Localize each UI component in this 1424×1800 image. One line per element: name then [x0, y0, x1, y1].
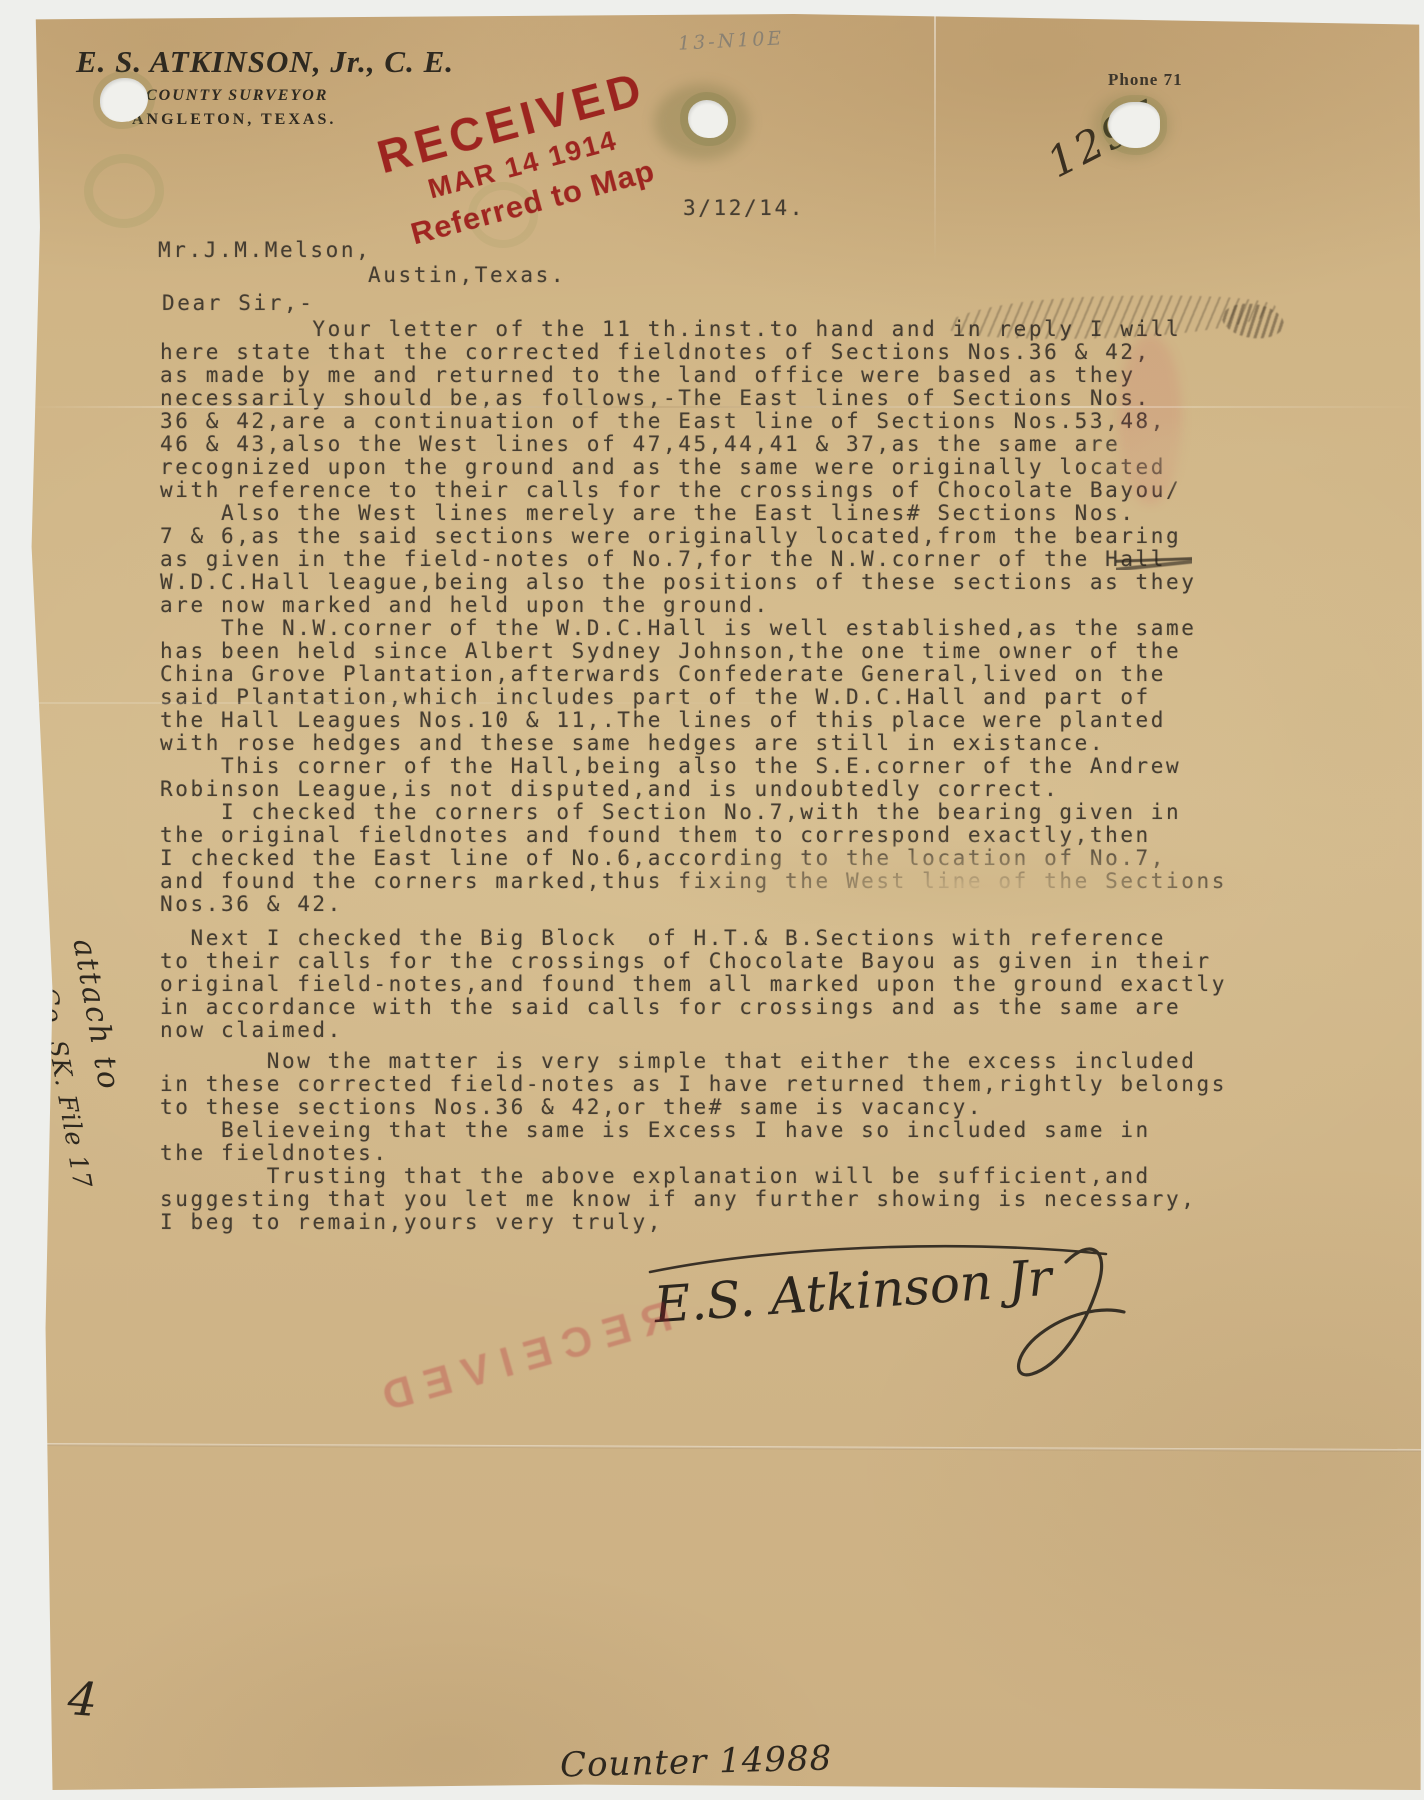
- body-line: original field-notes,and found them all …: [160, 973, 1227, 996]
- stain-ring: [84, 154, 164, 228]
- body-line: recognized upon the ground and as the sa…: [160, 456, 1227, 479]
- page-number: 4: [66, 1671, 99, 1727]
- paragraph-4: This corner of the Hall,being also the S…: [160, 755, 1227, 801]
- body-line: China Grove Plantation,afterwards Confed…: [160, 663, 1227, 686]
- body-line: and found the corners marked,thus fixing…: [160, 870, 1227, 893]
- body-line: Nos.36 & 42.: [160, 893, 1227, 916]
- punch-hole: [688, 100, 728, 138]
- body-line: with rose hedges and these same hedges a…: [160, 732, 1227, 755]
- pencil-annotation: 13-N10E: [677, 27, 784, 55]
- paragraph-1: Your letter of the 11 th.inst.to hand an…: [160, 318, 1227, 502]
- letter-date: 3/12/14.: [683, 196, 805, 220]
- paper-sheet: E. S. ATKINSON, Jr., C. E. COUNTY SURVEY…: [26, 14, 1422, 1790]
- letterhead-name: E. S. ATKINSON, Jr., C. E.: [76, 44, 454, 80]
- recipient-name: Mr.J.M.Melson,: [158, 238, 371, 262]
- fold-crease: [934, 14, 936, 264]
- counter-annotation: Counter 14988: [560, 1738, 833, 1785]
- body-line: Next I checked the Big Block of H.T.& B.…: [160, 927, 1227, 950]
- typed-strikethrough: [1116, 554, 1192, 570]
- body-line: I checked the East line of No.6,accordin…: [160, 847, 1227, 870]
- body-line: in these corrected field-notes as I have…: [160, 1073, 1227, 1096]
- body-line: are now marked and held upon the ground.: [160, 594, 1227, 617]
- salutation: Dear Sir,-: [162, 291, 314, 315]
- recipient-city: Austin,Texas.: [368, 263, 566, 287]
- body-line: 7 & 6,as the said sections were original…: [160, 525, 1227, 548]
- body-line: the Hall Leagues Nos.10 & 11,.The lines …: [160, 709, 1227, 732]
- body-line: now claimed.: [160, 1019, 1227, 1042]
- body-line: Robinson League,is not disputed,and is u…: [160, 778, 1227, 801]
- body-line: in accordance with the said calls for cr…: [160, 996, 1227, 1019]
- body-line: Believeing that the same is Excess I hav…: [160, 1119, 1227, 1142]
- letterhead-phone: Phone 71: [1108, 70, 1183, 90]
- body-line: I checked the corners of Section No.7,wi…: [160, 801, 1227, 824]
- body-line: Now the matter is very simple that eithe…: [160, 1050, 1227, 1073]
- body-line: as made by me and returned to the land o…: [160, 364, 1227, 387]
- paragraph-2: Also the West lines merely are the East …: [160, 502, 1227, 617]
- body-line: Trusting that the above explanation will…: [160, 1165, 1227, 1188]
- body-line: here state that the corrected fieldnotes…: [160, 341, 1227, 364]
- body-line: the original fieldnotes and found them t…: [160, 824, 1227, 847]
- body-line: as given in the field-notes of No.7,for …: [160, 548, 1227, 571]
- body-line: 46 & 43,also the West lines of 47,45,44,…: [160, 433, 1227, 456]
- paragraph-7: Now the matter is very simple that eithe…: [160, 1050, 1227, 1119]
- paragraph-8: Believeing that the same is Excess I hav…: [160, 1119, 1227, 1165]
- body-line: The N.W.corner of the W.D.C.Hall is well…: [160, 617, 1227, 640]
- letter-body: Your letter of the 11 th.inst.to hand an…: [160, 318, 1227, 1234]
- faded-stamp: RECEIVED: [365, 1292, 677, 1424]
- body-line: said Plantation,which includes part of t…: [160, 686, 1227, 709]
- paragraph-5: I checked the corners of Section No.7,wi…: [160, 801, 1227, 916]
- fold-crease: [26, 1443, 1422, 1452]
- paragraph-6: Next I checked the Big Block of H.T.& B.…: [160, 927, 1227, 1042]
- body-line: suggesting that you let me know if any f…: [160, 1188, 1227, 1211]
- body-line: W.D.C.Hall league,being also the positio…: [160, 571, 1227, 594]
- punch-hole: [1108, 102, 1160, 148]
- typed-over-smudge: [1220, 300, 1286, 342]
- body-line: the fieldnotes.: [160, 1142, 1227, 1165]
- body-line: 36 & 42,are a continuation of the East l…: [160, 410, 1227, 433]
- body-line: with reference to their calls for the cr…: [160, 479, 1227, 502]
- signature: E.S. Atkinson Jr: [638, 1214, 1138, 1399]
- body-line: to these sections Nos.36 & 42,or the# sa…: [160, 1096, 1227, 1119]
- faded-text-region: [1226, 554, 1424, 874]
- body-line: Also the West lines merely are the East …: [160, 502, 1227, 525]
- letterhead-title: COUNTY SURVEYOR: [146, 87, 454, 105]
- body-line: has been held since Albert Sydney Johnso…: [160, 640, 1227, 663]
- paragraph-3: The N.W.corner of the W.D.C.Hall is well…: [160, 617, 1227, 755]
- body-line: This corner of the Hall,being also the S…: [160, 755, 1227, 778]
- body-line: necessarily should be,as follows,-The Ea…: [160, 387, 1227, 410]
- red-ink-smear: [1118, 334, 1182, 504]
- scanned-letter: E. S. ATKINSON, Jr., C. E. COUNTY SURVEY…: [0, 0, 1424, 1800]
- body-line: to their calls for the crossings of Choc…: [160, 950, 1227, 973]
